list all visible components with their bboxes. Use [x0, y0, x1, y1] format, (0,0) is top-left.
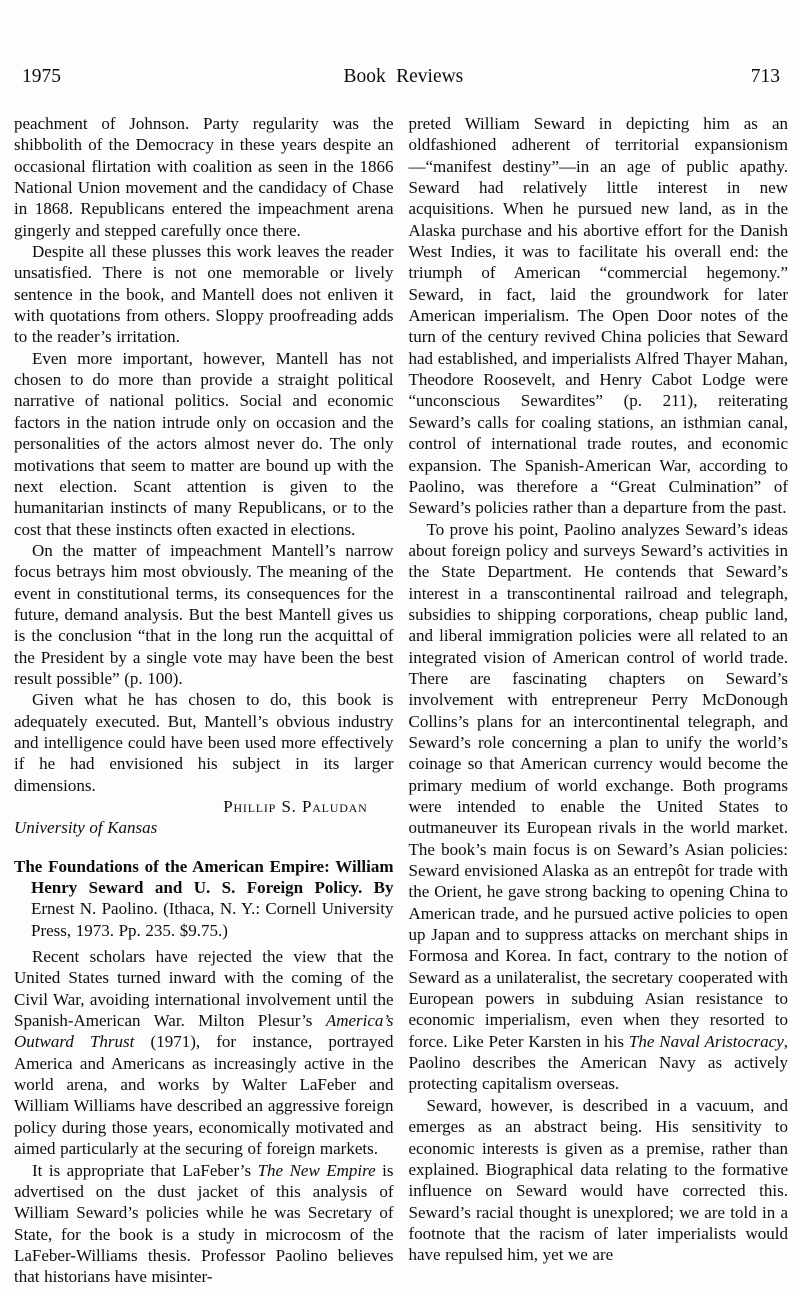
- text-columns: peachment of Johnson. Party regularity w…: [14, 113, 788, 1288]
- header-title: Book Reviews: [344, 64, 464, 90]
- signature: Phillip S. Paludan: [14, 796, 394, 817]
- text-run: It is appropriate that LaFeber’s: [32, 1161, 258, 1180]
- paragraph: Recent scholars have rejected the view t…: [14, 946, 394, 1159]
- paragraph: preted William Seward in depicting him a…: [409, 113, 789, 519]
- text-run: The Naval Aristocracy: [629, 1032, 784, 1051]
- text-run: University of Kansas: [14, 818, 157, 837]
- text-run: Despite all these plusses this work leav…: [14, 242, 394, 346]
- journal-page: 1975 Book Reviews 713 peachment of Johns…: [0, 0, 800, 1293]
- text-run: The New Empire: [258, 1161, 376, 1180]
- running-head: 1975 Book Reviews 713: [22, 64, 780, 90]
- text-run: Phillip S. Paludan: [223, 797, 367, 816]
- header-page-number: 713: [751, 64, 780, 90]
- text-run: peachment of Johnson. Party regularity w…: [14, 114, 394, 240]
- right-column: preted William Seward in depicting him a…: [409, 113, 789, 1288]
- text-run: Given what he has chosen to do, this boo…: [14, 690, 394, 794]
- text-run: Even more important, however, Mantell ha…: [14, 349, 394, 539]
- text-run: Seward, however, is described in a vacuu…: [409, 1096, 789, 1264]
- paragraph: It is appropriate that LaFeber’s The New…: [14, 1160, 394, 1288]
- text-run: On the matter of impeachment Mantell’s n…: [14, 541, 394, 688]
- paragraph: Seward, however, is described in a vacuu…: [409, 1095, 789, 1266]
- text-run: Ernest N. Paolino. (Ithaca, N. Y.: Corne…: [31, 899, 394, 939]
- paragraph: peachment of Johnson. Party regularity w…: [14, 113, 394, 241]
- header-year: 1975: [22, 64, 61, 90]
- text-run: To prove his point, Paolino analyzes Sew…: [409, 520, 789, 1051]
- text-run: The Foundations of the American Empire: …: [14, 857, 394, 897]
- text-run: preted William Seward in depicting him a…: [409, 114, 789, 517]
- paragraph: On the matter of impeachment Mantell’s n…: [14, 540, 394, 689]
- paragraph: To prove his point, Paolino analyzes Sew…: [409, 519, 789, 1095]
- paragraph: Given what he has chosen to do, this boo…: [14, 689, 394, 796]
- paragraph: Even more important, however, Mantell ha…: [14, 348, 394, 540]
- paragraph: Despite all these plusses this work leav…: [14, 241, 394, 348]
- left-column: peachment of Johnson. Party regularity w…: [14, 113, 394, 1288]
- affiliation: University of Kansas: [14, 817, 394, 838]
- book-heading: The Foundations of the American Empire: …: [14, 856, 394, 941]
